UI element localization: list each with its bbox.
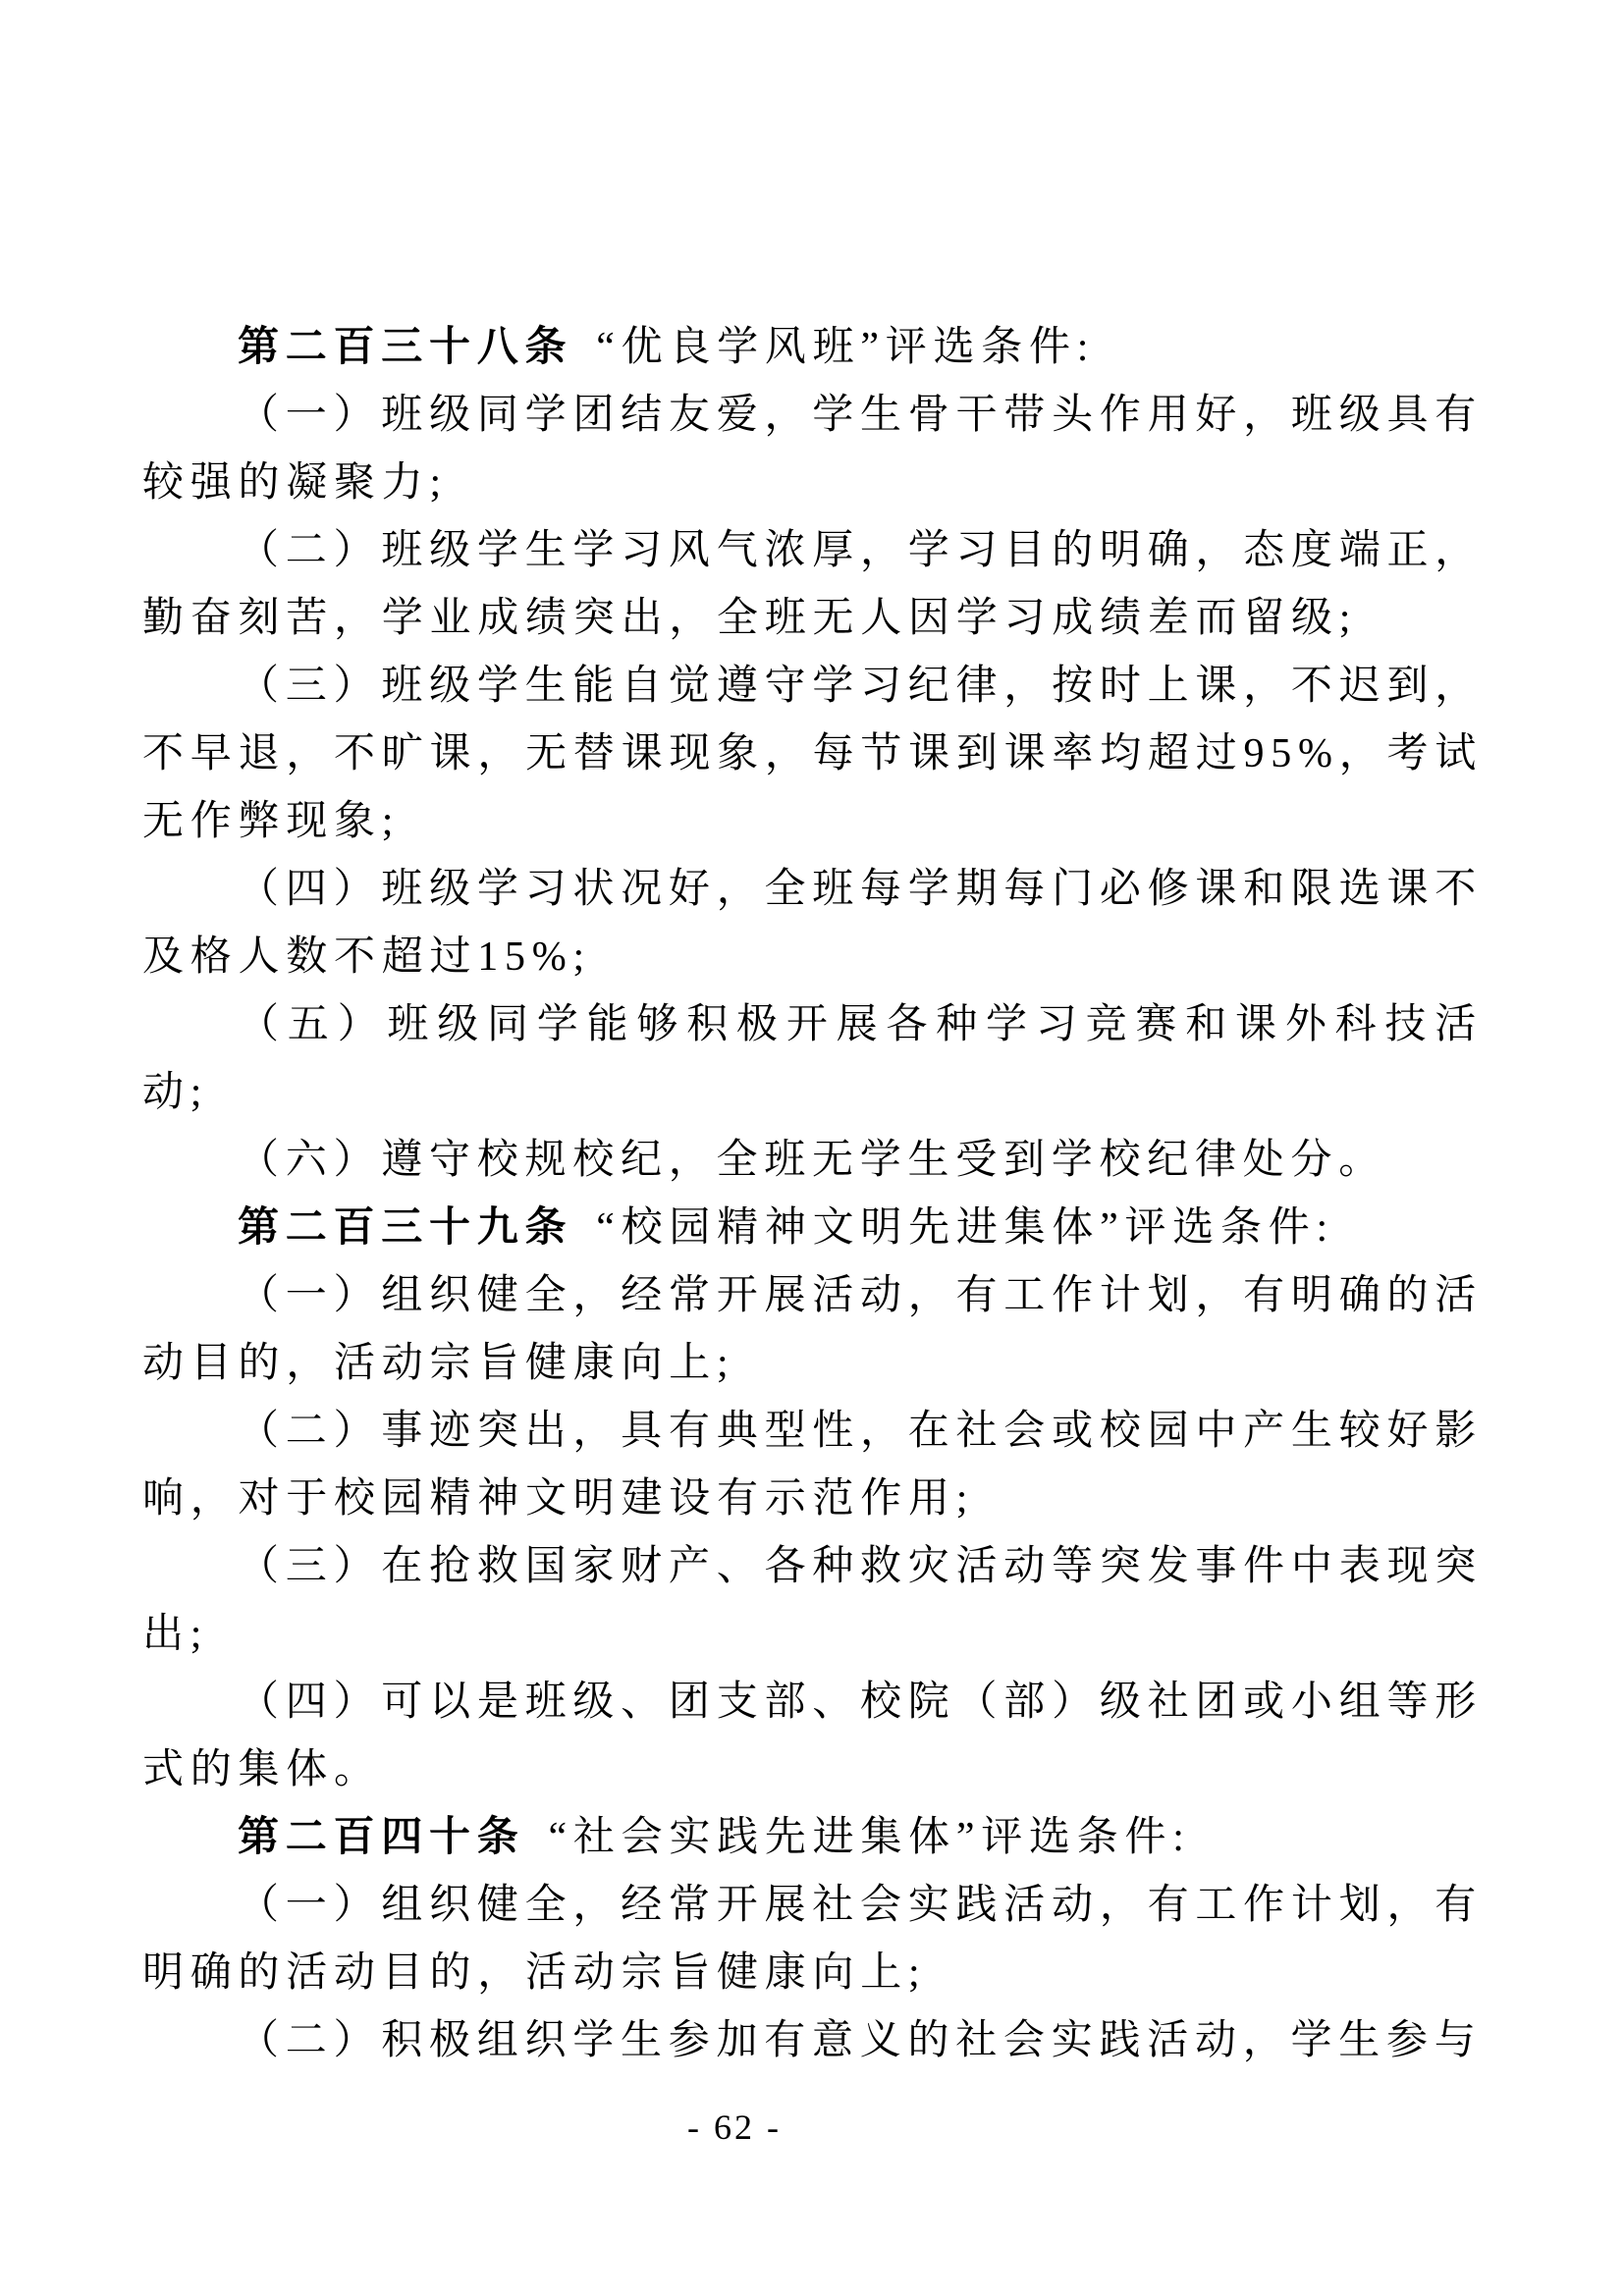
article-heading: 第二百三十九条“校园精神文明先进集体”评选条件: — [142, 1195, 1483, 1262]
clause-paragraph: （一）组织健全，经常开展社会实践活动，有工作计划，有明确的活动目的，活动宗旨健康… — [142, 1872, 1483, 2007]
article-number: 第二百三十八条 — [238, 325, 572, 370]
clause-paragraph: （三）在抢救国家财产、各种救灾活动等突发事件中表现突出; — [142, 1533, 1483, 1669]
article-title: “社会实践先进集体”评选条件: — [549, 1815, 1191, 1860]
clause-paragraph: （二）班级学生学习风气浓厚，学习目的明确，态度端正，勤奋刻苦，学业成绩突出，全班… — [142, 517, 1483, 653]
clause-paragraph: （一）班级同学团结友爱，学生骨干带头作用好，班级具有较强的凝聚力; — [142, 382, 1483, 517]
article-heading: 第二百三十八条“优良学风班”评选条件: — [142, 314, 1483, 382]
article-title: “校园精神文明先进集体”评选条件: — [596, 1205, 1334, 1251]
article-239: 第二百三十九条“校园精神文明先进集体”评选条件: （一）组织健全，经常开展活动，… — [142, 1195, 1483, 1804]
clause-paragraph: （六）遵守校规校纪，全班无学生受到学校纪律处分。 — [142, 1127, 1483, 1195]
clause-paragraph: （二）积极组织学生参加有意义的社会实践活动，学生参与 — [142, 2007, 1483, 2075]
text-block: 第二百三十八条“优良学风班”评选条件: （一）班级同学团结友爱，学生骨干带头作用… — [142, 314, 1483, 2075]
article-heading: 第二百四十条“社会实践先进集体”评选条件: — [142, 1804, 1483, 1872]
article-title: “优良学风班”评选条件: — [596, 325, 1095, 370]
clause-paragraph: （一）组织健全，经常开展活动，有工作计划，有明确的活动目的，活动宗旨健康向上; — [142, 1262, 1483, 1398]
article-number: 第二百三十九条 — [238, 1205, 572, 1251]
clause-paragraph: （二）事迹突出，具有典型性，在社会或校园中产生较好影响，对于校园精神文明建设有示… — [142, 1398, 1483, 1533]
article-240: 第二百四十条“社会实践先进集体”评选条件: （一）组织健全，经常开展社会实践活动… — [142, 1804, 1483, 2075]
clause-paragraph: （五）班级同学能够积极开展各种学习竞赛和课外科技活动; — [142, 991, 1483, 1127]
clause-paragraph: （四）班级学习状况好，全班每学期每门必修课和限选课不及格人数不超过15%; — [142, 856, 1483, 991]
page-number: - 62 - — [687, 2105, 782, 2150]
article-238: 第二百三十八条“优良学风班”评选条件: （一）班级同学团结友爱，学生骨干带头作用… — [142, 314, 1483, 1195]
article-number: 第二百四十条 — [238, 1815, 525, 1860]
clause-paragraph: （三）班级学生能自觉遵守学习纪律，按时上课，不迟到，不早退，不旷课，无替课现象，… — [142, 653, 1483, 856]
document-page: 第二百三十八条“优良学风班”评选条件: （一）班级同学团结友爱，学生骨干带头作用… — [0, 0, 1624, 2296]
clause-paragraph: （四）可以是班级、团支部、校院（部）级社团或小组等形式的集体。 — [142, 1669, 1483, 1804]
